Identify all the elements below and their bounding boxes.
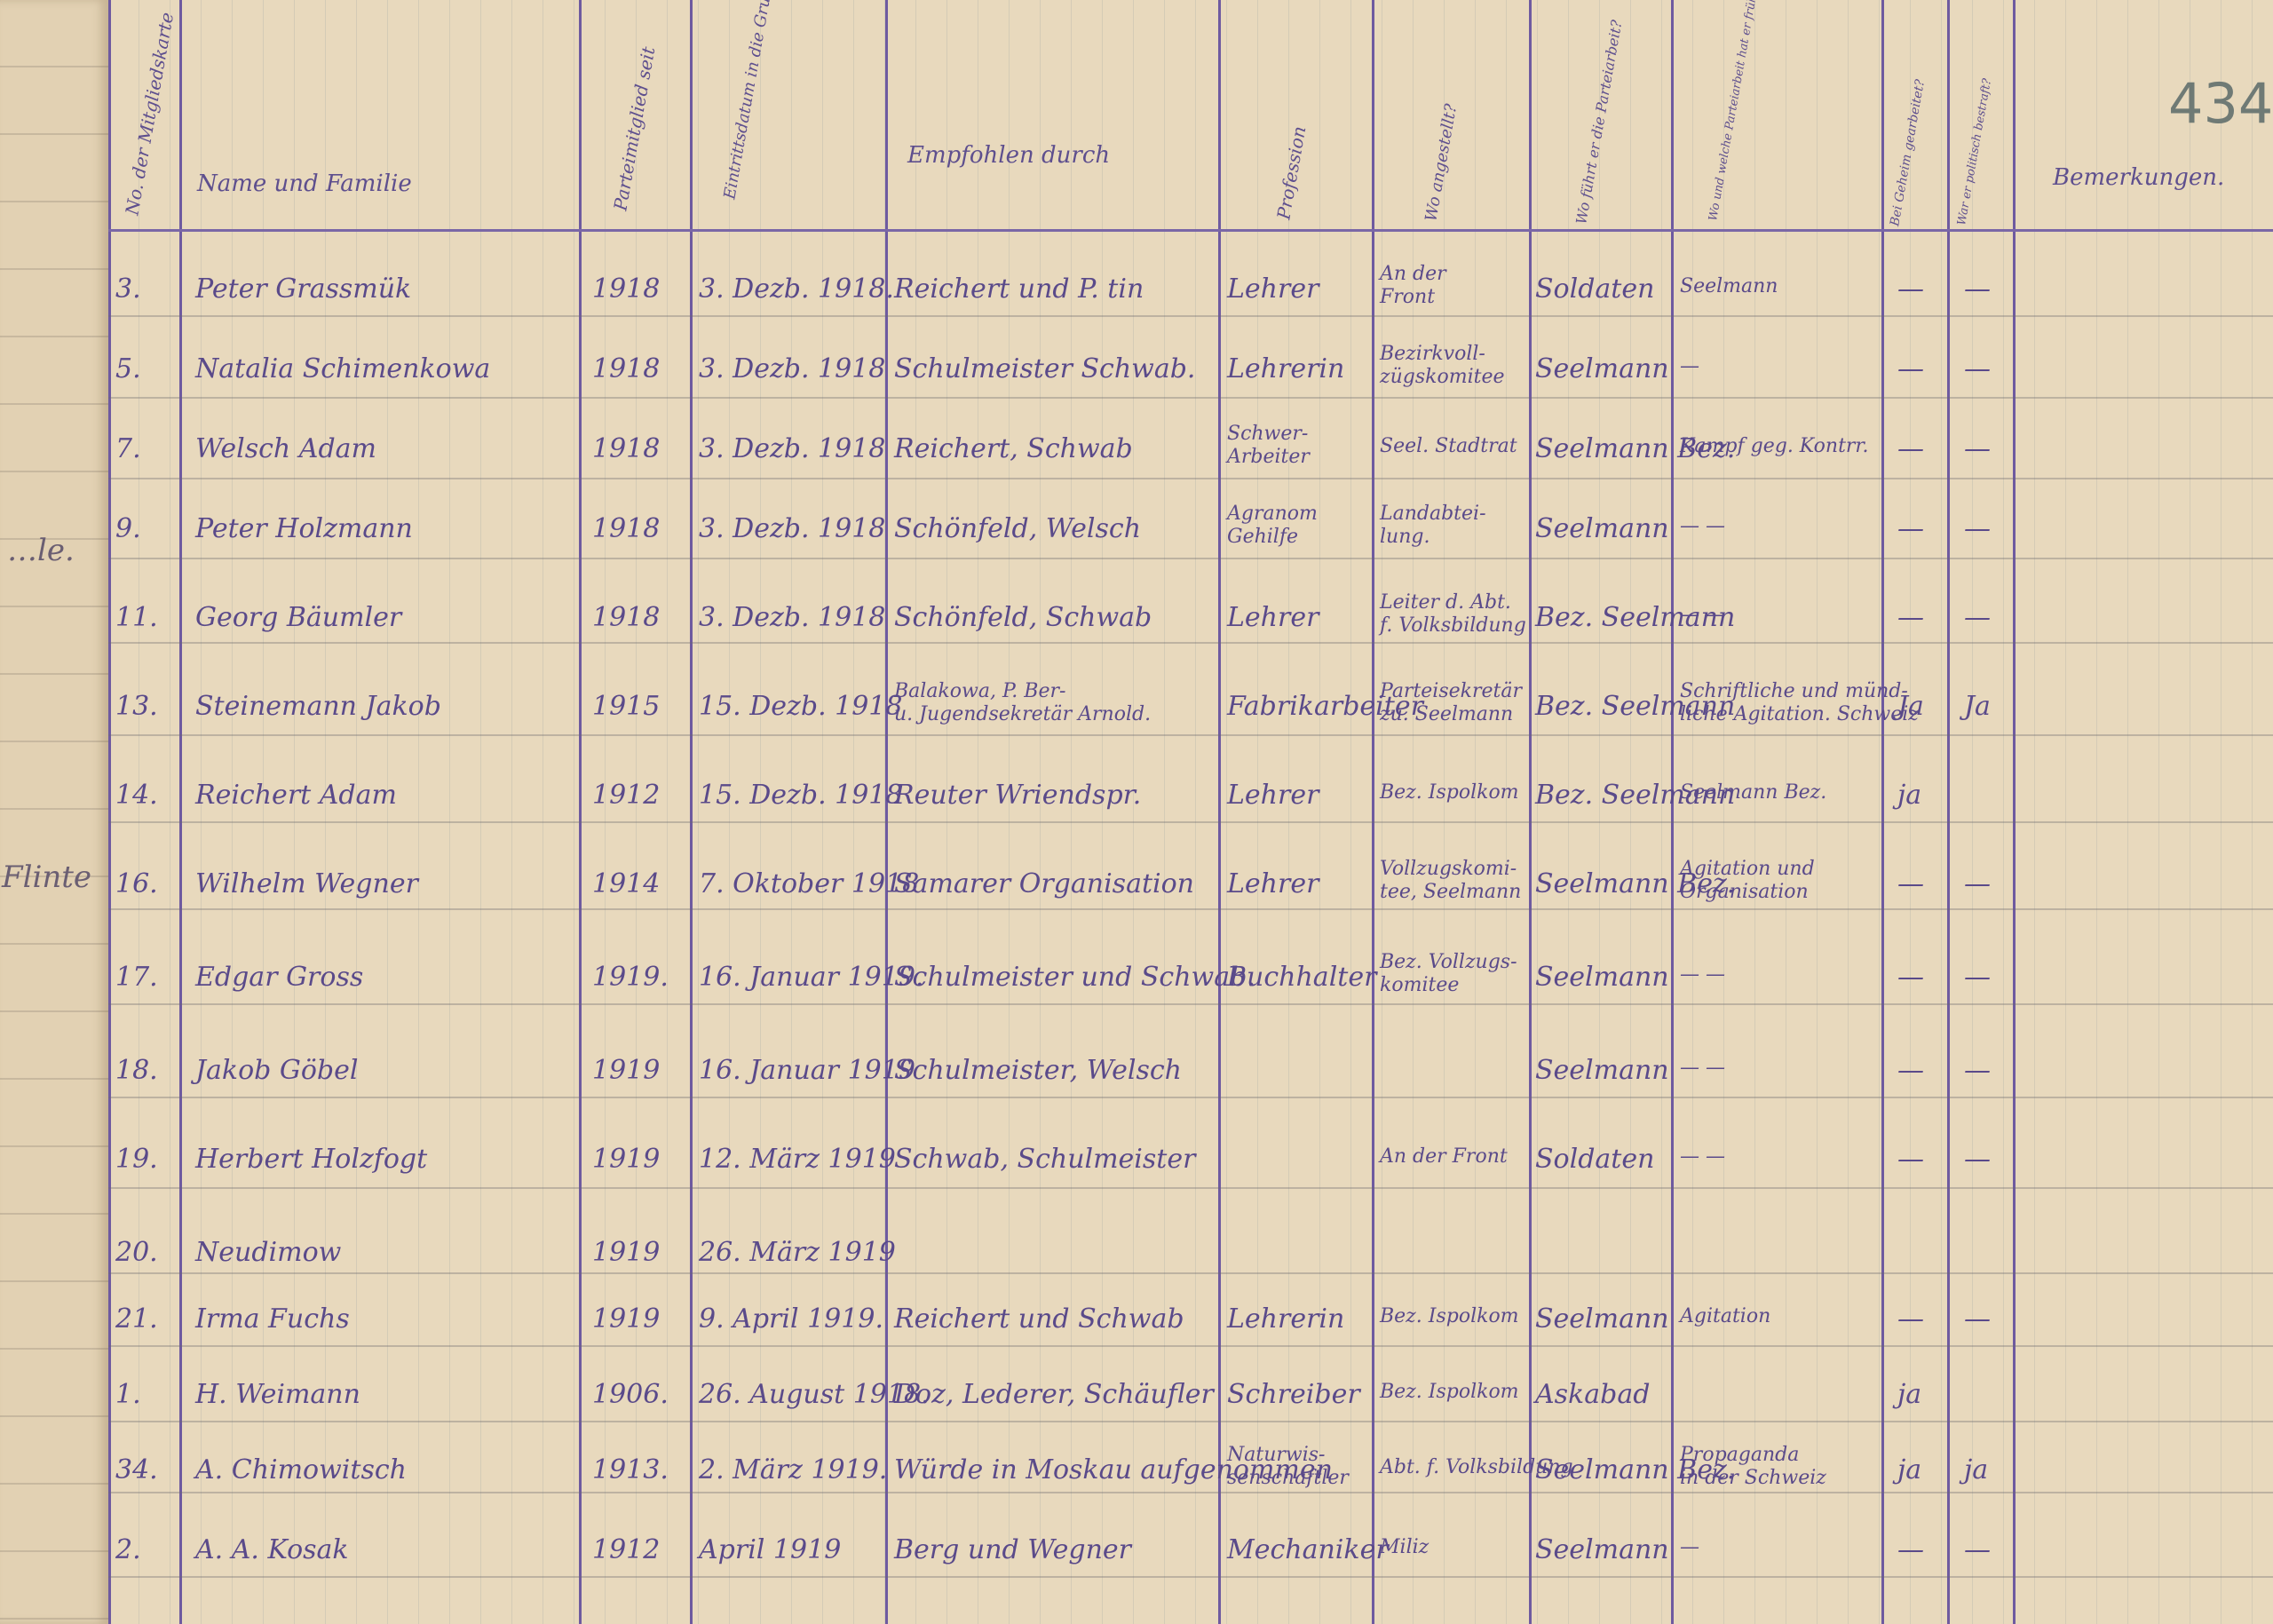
cell-secret: — — [1897, 1536, 1924, 1565]
cell-recommended-by: Reichert und P. tin — [894, 275, 1144, 304]
cell-name: Irma Fuchs — [195, 1305, 350, 1334]
row-rule — [108, 397, 2273, 399]
cell-party-work-before: Agitation — [1680, 1305, 1770, 1328]
cell-name: Edgar Gross — [195, 963, 363, 992]
cell-party-work-before: — — — [1680, 515, 1725, 538]
cell-recommended-by: Schönfeld, Schwab — [894, 604, 1152, 632]
ledger-page: No. der Mitgliedskarte Name und Familie … — [108, 0, 2273, 1624]
cell-nr: 7. — [115, 435, 141, 463]
cell-party-work-before: — — — [1680, 963, 1725, 986]
cell-punished: — — [1964, 435, 1991, 463]
header-remarks: Bemerkungen. — [2053, 164, 2224, 191]
cell-secret: ja — [1897, 781, 1921, 810]
cell-party-since: 1913. — [592, 1456, 669, 1485]
cell-nr: 9. — [115, 515, 141, 543]
column-rule — [1947, 0, 1950, 1624]
header-nr: No. der Mitgliedskarte — [121, 11, 178, 217]
cell-secret: — — [1897, 1305, 1924, 1334]
cell-recommended-by: Samarer Organisation — [894, 870, 1194, 899]
cell-party-work-where: Seelmann — [1535, 515, 1669, 543]
header-party-work-before: Wo und welche Parteiarbeit hat er früher… — [1707, 0, 1770, 222]
cell-party-work-before: Propaganda — [1680, 1444, 1799, 1467]
cell-name: Peter Grassmük — [195, 275, 411, 304]
column-rule — [579, 0, 582, 1624]
cell-entry-date: 3. Dezb. 1918 — [699, 515, 885, 543]
cell-secret: ja — [1897, 1381, 1921, 1409]
facing-page-edge: …le. Flinte — [0, 0, 111, 1624]
row-rule — [108, 1421, 2273, 1422]
cell-recommended-by: Reichert und Schwab — [894, 1305, 1184, 1334]
cell-name: Peter Holzmann — [195, 515, 413, 543]
header-party-since: Parteimitglied seit — [609, 45, 659, 212]
row-rule — [108, 642, 2273, 644]
cell-secret: — — [1897, 275, 1924, 304]
cell-name: Neudimow — [195, 1239, 341, 1267]
page-number: 434 — [2168, 71, 2273, 136]
cell-nr: 3. — [115, 275, 141, 304]
cell-employed-where: lung. — [1380, 526, 1430, 549]
column-rule — [1529, 0, 1532, 1624]
cell-recommended-by: Reuter Wriendspr. — [894, 781, 1141, 810]
cell-party-since: 1918 — [592, 435, 660, 463]
cell-party-work-where: Seelmann — [1535, 1305, 1669, 1334]
column-rule — [1671, 0, 1674, 1624]
cell-nr: 13. — [115, 693, 158, 721]
cell-profession: Agranom — [1227, 503, 1318, 526]
cell-entry-date: 3. Dezb. 1918. — [699, 275, 894, 304]
cell-employed-where: Bezirkvoll- — [1380, 343, 1485, 366]
cell-name: Georg Bäumler — [195, 604, 401, 632]
row-rule — [108, 558, 2273, 559]
cell-profession: Schwer- — [1227, 423, 1308, 446]
cell-nr: 11. — [115, 604, 158, 632]
cell-employed-where: Bez. Ispolkom — [1380, 781, 1519, 804]
cell-employed-where: An der Front — [1380, 1145, 1508, 1168]
cell-employed-where: zu. Seelmann — [1380, 703, 1513, 726]
cell-party-work-before: Organisation — [1680, 881, 1809, 904]
cell-employed-where: Seel. Stadtrat — [1380, 435, 1517, 458]
cell-profession: Schreiber — [1227, 1381, 1360, 1409]
row-rule — [108, 1272, 2273, 1274]
cell-recommended-by: Schulmeister Schwab. — [894, 355, 1195, 384]
cell-punished: ja — [1964, 1456, 1988, 1485]
row-rule — [108, 478, 2273, 479]
cell-employed-where: zügskomitee — [1380, 366, 1505, 389]
cell-punished: — — [1964, 1057, 1991, 1085]
cell-party-work-before: Schriftliche und münd- — [1680, 680, 1908, 703]
cell-secret: ja — [1897, 1456, 1921, 1485]
cell-party-work-where: Seelmann — [1535, 1057, 1669, 1085]
cell-nr: 17. — [115, 963, 158, 992]
cell-name: Welsch Adam — [195, 435, 376, 463]
cell-secret: Ja — [1897, 693, 1924, 721]
cell-party-since: 1912 — [592, 1536, 660, 1565]
cell-profession: Naturwis- — [1227, 1444, 1325, 1467]
cell-punished: — — [1964, 515, 1991, 543]
row-rule — [108, 315, 2273, 317]
cell-punished: — — [1964, 870, 1991, 899]
cell-secret: — — [1897, 435, 1924, 463]
cell-employed-where: Front — [1380, 286, 1435, 309]
cell-profession: Lehrer — [1227, 781, 1319, 810]
cell-entry-date: 3. Dezb. 1918 — [699, 604, 885, 632]
cell-profession: Lehrer — [1227, 604, 1319, 632]
cell-profession: senschaftler — [1227, 1467, 1349, 1490]
cell-party-since: 1912 — [592, 781, 660, 810]
cell-employed-where: Bez. Ispolkom — [1380, 1305, 1519, 1328]
cell-punished: Ja — [1964, 693, 1991, 721]
row-rule — [108, 1576, 2273, 1578]
cell-secret: — — [1897, 1145, 1924, 1174]
cell-party-since: 1918 — [592, 355, 660, 384]
cell-party-since: 1918 — [592, 275, 660, 304]
cell-party-work-before: — — — [1680, 1057, 1725, 1080]
cell-party-work-before: Seelmann Bez. — [1680, 781, 1826, 804]
cell-recommended-by: Schwab, Schulmeister — [894, 1145, 1195, 1174]
cell-secret: — — [1897, 1057, 1924, 1085]
cell-party-since: 1915 — [592, 693, 660, 721]
cell-name: Steinemann Jakob — [195, 693, 441, 721]
cell-profession: Mechaniker — [1227, 1536, 1389, 1565]
row-rule — [108, 821, 2273, 823]
cell-profession: Lehrer — [1227, 870, 1319, 899]
cell-entry-date: 16. Januar 1919. — [699, 963, 923, 992]
cell-party-work-before: — — [1680, 1536, 1699, 1559]
cell-nr: 5. — [115, 355, 141, 384]
cell-recommended-by: Schönfeld, Welsch — [894, 515, 1141, 543]
cell-name: Jakob Göbel — [195, 1057, 358, 1085]
cell-employed-where: An der — [1380, 263, 1446, 286]
cell-recommended-by: Berg und Wegner — [894, 1536, 1131, 1565]
column-rule — [1372, 0, 1374, 1624]
cell-party-work-before: liche Agitation. Schweiz — [1680, 703, 1919, 726]
cell-entry-date: April 1919 — [699, 1536, 841, 1565]
cell-secret: — — [1897, 604, 1924, 632]
header-entry-date: Eintrittsdatum in die Gruppe — [720, 0, 780, 201]
row-rule — [108, 1492, 2273, 1493]
cell-name: Herbert Holzfogt — [195, 1145, 427, 1174]
cell-recommended-by: Doz, Lederer, Schäufler — [894, 1381, 1214, 1409]
cell-name: Natalia Schimenkowa — [195, 355, 490, 384]
cell-party-since: 1918 — [592, 515, 660, 543]
header-politically-punished: War er politisch bestraft? — [1955, 77, 1994, 226]
cell-recommended-by: u. Jugendsekretär Arnold. — [894, 703, 1151, 726]
column-rule — [690, 0, 693, 1624]
column-rule — [179, 0, 182, 1624]
cell-party-since: 1919 — [592, 1057, 660, 1085]
cell-nr: 14. — [115, 781, 158, 810]
cell-party-work-where: Seelmann — [1535, 963, 1669, 992]
cell-punished: — — [1964, 963, 1991, 992]
cell-punished: — — [1964, 275, 1991, 304]
cell-party-since: 1919 — [592, 1305, 660, 1334]
cell-employed-where: tee, Seelmann — [1380, 881, 1521, 904]
column-rule — [2013, 0, 2016, 1624]
cell-entry-date: 15. Dezb. 1918 — [699, 781, 902, 810]
cell-party-since: 1919 — [592, 1239, 660, 1267]
cell-name: A. A. Kosak — [195, 1536, 349, 1565]
header-secret-work: Bei Geheim gearbeitet? — [1888, 78, 1928, 227]
margin-note: Flinte — [2, 860, 91, 895]
column-rule — [1218, 0, 1221, 1624]
header-rule — [108, 229, 2273, 232]
cell-employed-where: Vollzugskomi- — [1380, 858, 1517, 881]
cell-entry-date: 16. Januar 1919 — [699, 1057, 915, 1085]
cell-party-work-before: — — — [1680, 1145, 1725, 1168]
cell-recommended-by: Balakowa, P. Ber- — [894, 680, 1065, 703]
cell-party-since: 1906. — [592, 1381, 669, 1409]
cell-entry-date: 3. Dezb. 1918 — [699, 355, 885, 384]
column-rule — [108, 0, 111, 1624]
cell-party-work-where: Seelmann — [1535, 1536, 1669, 1565]
cell-punished: — — [1964, 604, 1991, 632]
cell-nr: 34. — [115, 1456, 158, 1485]
cell-entry-date: 2. März 1919. — [699, 1456, 887, 1485]
header-name: Name und Familie — [197, 170, 412, 197]
row-rule — [108, 734, 2273, 736]
cell-punished: — — [1964, 1536, 1991, 1565]
cell-secret: — — [1897, 870, 1924, 899]
cell-party-work-where: Soldaten — [1535, 1145, 1654, 1174]
cell-entry-date: 9. April 1919. — [699, 1305, 883, 1334]
column-rule — [1881, 0, 1884, 1624]
cell-party-since: 1914 — [592, 870, 660, 899]
cell-profession: Lehrerin — [1227, 1305, 1344, 1334]
cell-party-work-where: Askabad — [1535, 1381, 1650, 1409]
cell-party-since: 1919. — [592, 963, 669, 992]
cell-nr: 2. — [115, 1536, 141, 1565]
cell-employed-where: f. Volksbildung — [1380, 614, 1526, 638]
cell-secret: — — [1897, 355, 1924, 384]
cell-entry-date: 7. Oktober 1918 — [699, 870, 919, 899]
cell-nr: 16. — [115, 870, 158, 899]
cell-party-work-before: Kampf geg. Kontrr. — [1680, 435, 1869, 458]
cell-secret: — — [1897, 963, 1924, 992]
cell-employed-where: Landabtei- — [1380, 503, 1486, 526]
cell-party-work-before: Agitation und — [1680, 858, 1815, 881]
cell-punished: — — [1964, 355, 1991, 384]
cell-party-work-before: in der Schweiz — [1680, 1467, 1826, 1490]
cell-punished: — — [1964, 1305, 1991, 1334]
cell-nr: 21. — [115, 1305, 158, 1334]
row-rule — [108, 1345, 2273, 1347]
cell-nr: 20. — [115, 1239, 158, 1267]
header-employed-where: Wo angestellt? — [1422, 103, 1461, 223]
cell-nr: 18. — [115, 1057, 158, 1085]
cell-profession: Lehrerin — [1227, 355, 1344, 384]
header-profession: Profession — [1272, 124, 1310, 221]
cell-recommended-by: Schulmeister und Schwab. — [894, 963, 1255, 992]
cell-profession: Gehilfe — [1227, 526, 1298, 549]
cell-party-work-before: Seelmann — [1680, 275, 1778, 298]
cell-name: Wilhelm Wegner — [195, 870, 418, 899]
cell-recommended-by: Schulmeister, Welsch — [894, 1057, 1182, 1085]
cell-profession: Arbeiter — [1227, 446, 1310, 469]
cell-profession: Lehrer — [1227, 275, 1319, 304]
row-rule — [108, 908, 2273, 910]
cell-secret: — — [1897, 515, 1924, 543]
cell-recommended-by: Reichert, Schwab — [894, 435, 1133, 463]
cell-employed-where: Parteisekretär — [1380, 680, 1522, 703]
cell-nr: 19. — [115, 1145, 158, 1174]
margin-note: …le. — [7, 533, 75, 568]
cell-employed-where: Miliz — [1380, 1536, 1429, 1559]
cell-name: H. Weimann — [195, 1381, 360, 1409]
cell-employed-where: Bez. Vollzugs- — [1380, 951, 1517, 974]
cell-entry-date: 12. März 1919 — [699, 1145, 896, 1174]
cell-entry-date: 15. Dezb. 1918 — [699, 693, 902, 721]
cell-nr: 1. — [115, 1381, 141, 1409]
cell-entry-date: 26. März 1919 — [699, 1239, 896, 1267]
row-rule — [108, 1003, 2273, 1005]
cell-punished: — — [1964, 1145, 1991, 1174]
row-rule — [108, 1097, 2273, 1098]
cell-name: Reichert Adam — [195, 781, 397, 810]
cell-profession: Buchhalter — [1227, 963, 1376, 992]
cell-party-work-before: — — — [1680, 604, 1725, 627]
row-rule — [108, 1187, 2273, 1189]
cell-employed-where: Bez. Ispolkom — [1380, 1381, 1519, 1404]
cell-name: A. Chimowitsch — [195, 1456, 407, 1485]
cell-entry-date: 3. Dezb. 1918 — [699, 435, 885, 463]
cell-party-since: 1918 — [592, 604, 660, 632]
cell-party-work-where: Seelmann — [1535, 355, 1669, 384]
cell-employed-where: Leiter d. Abt. — [1380, 591, 1511, 614]
cell-employed-where: komitee — [1380, 974, 1459, 997]
header-party-work-where: Wo führt er die Parteiarbeit? — [1572, 19, 1625, 226]
header-recommended-by: Empfohlen durch — [907, 142, 1110, 169]
cell-party-since: 1919 — [592, 1145, 660, 1174]
cell-party-work-where: Soldaten — [1535, 275, 1654, 304]
cell-party-work-before: — — [1680, 355, 1699, 378]
